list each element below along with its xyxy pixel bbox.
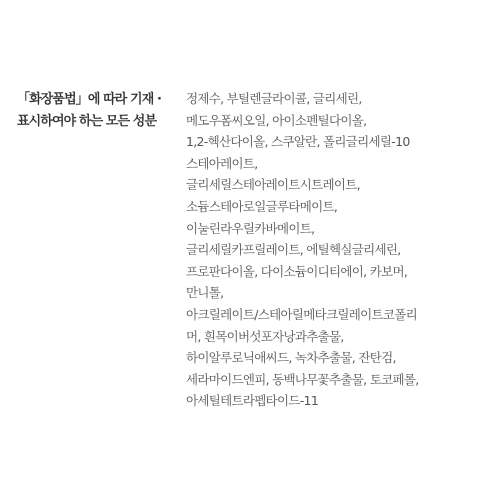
ingredient-line: 이눌린라우릴카바메이트,	[186, 218, 486, 240]
ingredient-line: 머, 흰목이버섯포자낭과추출물,	[186, 326, 486, 348]
ingredients-label: 「화장품법」에 따라 기재 · 표시하여야 하는 모든 성분	[17, 89, 187, 133]
ingredient-line: 하이알루로닉애씨드, 녹차추출물, 잔탄검,	[186, 347, 486, 369]
ingredient-line: 스테아레이트,	[186, 153, 486, 175]
ingredient-line: 정제수, 부틸렌글라이콜, 글리세린,	[186, 88, 486, 110]
ingredients-label-line-1: 「화장품법」에 따라 기재 ·	[17, 89, 187, 111]
ingredient-line: 세라마이드엔피, 동백나무꽃추출물, 토코페롤,	[186, 369, 486, 391]
ingredient-line: 아크릴레이트/스테아릴메타크릴레이트코폴리	[186, 304, 486, 326]
ingredient-line: 만니톨,	[186, 282, 486, 304]
ingredient-line: 글리세릴카프릴레이트, 에틸헥실글리세린,	[186, 239, 486, 261]
ingredient-line: 메도우폼씨오일, 아이소펜틸다이올,	[186, 110, 486, 132]
ingredient-line: 1,2-헥산다이올, 스쿠알란, 폴리글리세릴-10	[186, 131, 486, 153]
ingredient-line: 글리세릴스테아레이트시트레이트,	[186, 174, 486, 196]
ingredients-label-line-2: 표시하여야 하는 모든 성분	[17, 111, 187, 133]
ingredient-line: 소듐스테아로일글루타메이트,	[186, 196, 486, 218]
ingredient-line: 프로판다이올, 다이소듐이디티에이, 카보머,	[186, 261, 486, 283]
ingredient-line: 아세틸테트라펩타이드-11	[186, 390, 486, 412]
ingredients-list: 정제수, 부틸렌글라이콜, 글리세린, 메도우폼씨오일, 아이소펜틸다이올, 1…	[186, 88, 486, 412]
